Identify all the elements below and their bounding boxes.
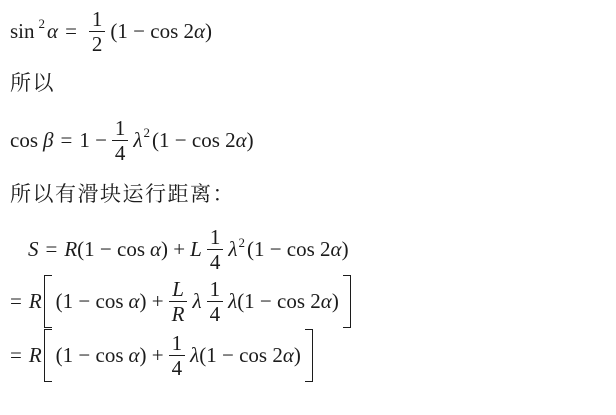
var-lambda: λ — [190, 343, 199, 368]
fraction-denominator: 4 — [207, 303, 224, 325]
fraction-numerator: 1 — [89, 8, 106, 30]
paren-group: (1 − cos — [77, 237, 145, 262]
var-lambda: λ — [228, 237, 237, 262]
left-bracket — [44, 275, 52, 328]
var-alpha: α — [47, 19, 58, 44]
close-paren: ) — [247, 128, 254, 153]
fraction-one-quarter: 1 4 — [112, 117, 129, 164]
var-R: R — [29, 289, 42, 314]
equals-sign: = — [60, 128, 72, 153]
fraction-one-quarter: 1 4 — [207, 226, 224, 273]
superscript-2: 2 — [144, 125, 151, 141]
fraction-numerator: 1 — [207, 226, 224, 248]
close-paren: ) — [342, 237, 349, 262]
close-paren: ) — [332, 289, 339, 314]
superscript-2: 2 — [39, 16, 46, 32]
var-lambda: λ — [133, 128, 142, 153]
var-alpha: α — [236, 128, 247, 153]
expression-tail: (1 − cos 2 — [237, 289, 321, 314]
var-lambda: λ — [192, 289, 201, 314]
expression-tail: (1 − cos 2 — [110, 19, 194, 44]
fraction-one-quarter: 1 4 — [207, 278, 224, 325]
formula-distance-line1: S = R(1 − cosα) + L 1 4 λ2(1 − cos 2α) — [10, 226, 616, 273]
fraction-denominator: 4 — [112, 142, 129, 164]
function-cos: cos — [10, 128, 38, 153]
var-beta: β — [43, 128, 53, 153]
function-sin: sin — [10, 19, 35, 44]
formula-distance-line3: = R (1 − cosα) + 1 4 λ(1 − cos 2α) — [3, 332, 616, 379]
right-bracket — [343, 275, 351, 328]
formula-sin-identity: sin2α = 1 2 (1 − cos 2α) — [10, 8, 616, 55]
right-bracket — [305, 329, 313, 382]
document-page: sin2α = 1 2 (1 − cos 2α) 所以 cosβ = 1 − 1… — [0, 0, 616, 415]
close-paren: ) — [205, 19, 212, 44]
close-paren-plus: ) + — [161, 237, 185, 262]
equals-sign: = — [10, 343, 22, 368]
fraction-denominator: R — [169, 303, 188, 325]
var-L: L — [190, 237, 202, 262]
var-alpha: α — [129, 289, 140, 314]
var-R: R — [64, 237, 77, 262]
left-bracket — [44, 329, 52, 382]
var-alpha: α — [331, 237, 342, 262]
close-paren-plus: ) + — [140, 289, 164, 314]
var-R: R — [29, 343, 42, 368]
equals-sign: = — [10, 289, 22, 314]
formula-distance-line2: = R (1 − cosα) + L R λ 1 4 λ(1 − cos 2α) — [3, 278, 616, 325]
fraction-numerator: L — [169, 278, 187, 300]
fraction-denominator: 2 — [89, 33, 106, 55]
var-alpha: α — [194, 19, 205, 44]
close-paren: ) — [294, 343, 301, 368]
equals-sign: = — [65, 19, 77, 44]
fraction-numerator: 1 — [112, 117, 129, 139]
var-alpha: α — [150, 237, 161, 262]
fraction-numerator: 1 — [169, 332, 186, 354]
paren-group: (1 − cos — [56, 343, 124, 368]
var-alpha: α — [283, 343, 294, 368]
var-alpha: α — [321, 289, 332, 314]
fraction-one-half: 1 2 — [89, 8, 106, 55]
expression-tail: (1 − cos 2 — [199, 343, 283, 368]
var-alpha: α — [129, 343, 140, 368]
close-paren-plus: ) + — [140, 343, 164, 368]
formula-cos-beta: cosβ = 1 − 1 4 λ2(1 − cos 2α) — [10, 117, 616, 164]
one-minus: 1 − — [79, 128, 107, 153]
fraction-one-quarter: 1 4 — [169, 332, 186, 379]
paragraph-slider-distance: 所以有滑块运行距离： — [10, 183, 616, 206]
fraction-denominator: 4 — [207, 251, 224, 273]
paragraph-therefore: 所以 — [10, 72, 616, 95]
var-S: S — [28, 237, 39, 262]
expression-tail: (1 − cos 2 — [152, 128, 236, 153]
expression-tail: (1 − cos 2 — [247, 237, 331, 262]
fraction-denominator: 4 — [169, 357, 186, 379]
fraction-L-over-R: L R — [169, 278, 188, 325]
fraction-numerator: 1 — [207, 278, 224, 300]
equals-sign: = — [46, 237, 58, 262]
var-lambda: λ — [228, 289, 237, 314]
superscript-2: 2 — [238, 235, 245, 251]
paren-group: (1 − cos — [56, 289, 124, 314]
